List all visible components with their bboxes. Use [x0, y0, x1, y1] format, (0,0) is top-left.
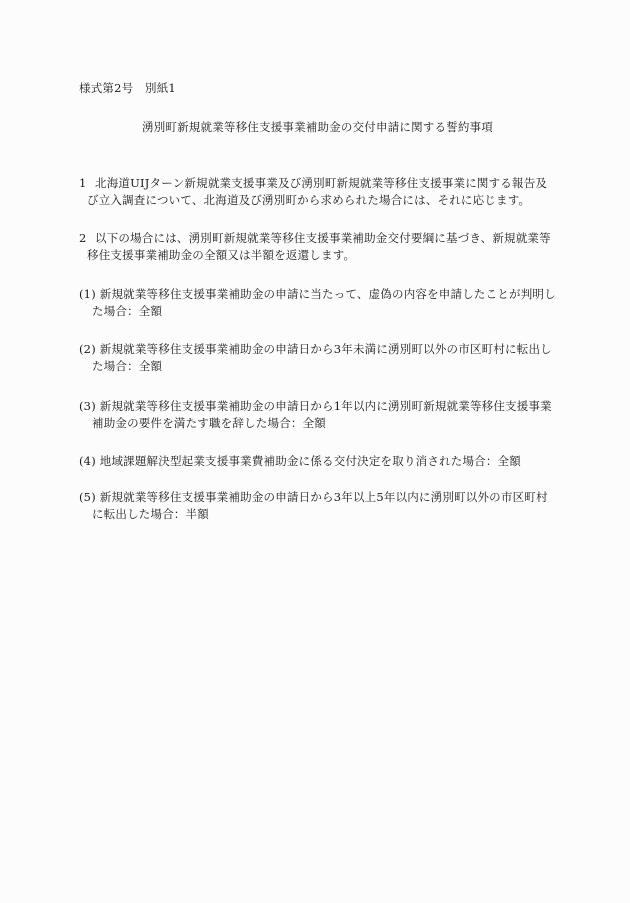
sub-item-line: (3) 新規就業等移住支援事業補助金の申請日から1年以内に湧別町新規就業等移住支… [79, 398, 552, 415]
sub-item-line: に転出した場合：半額 [92, 506, 209, 523]
paragraph-line: 以下の場合には、湧別町新規就業等移住支援事業補助金交付要綱に基づき、新規就業等 [95, 230, 551, 247]
sub-item-line: (1) 新規就業等移住支援事業補助金の申請に当たって、虚偽の内容を申請したことが… [79, 286, 556, 303]
sub-item-line: (4) 地域課題解決型起業支援事業費補助金に係る交付決定を取り消された場合：全額 [79, 453, 521, 470]
sub-item-line: た場合：全額 [92, 358, 162, 375]
paragraph-number: 2 [79, 230, 87, 247]
sub-item-line: た場合：全額 [92, 303, 162, 320]
document-page: 様式第2号 別紙1 湧別町新規就業等移住支援事業補助金の交付申請に関する誓約事項… [0, 0, 630, 903]
document-title: 湧別町新規就業等移住支援事業補助金の交付申請に関する誓約事項 [142, 119, 493, 136]
form-label: 様式第2号 別紙1 [79, 80, 176, 97]
sub-item-line: (5) 新規就業等移住支援事業補助金の申請日から3年以上5年以内に湧別町以外の市… [79, 489, 548, 506]
paragraph-line: 移住支援事業補助金の全額又は半額を返還します。 [87, 247, 355, 264]
paragraph-line: び立入調査について、北海道及び湧別町から求められた場合には、それに応じます。 [87, 192, 530, 209]
paragraph-number: 1 [79, 175, 87, 192]
sub-item-line: (2) 新規就業等移住支援事業補助金の申請日から3年未満に湧別町以外の市区町村に… [79, 341, 552, 358]
paragraph-line: 北海道UIJターン新規就業支援事業及び湧別町新規就業等移住支援事業に関する報告及 [95, 175, 547, 192]
sub-item-line: 補助金の要件を満たす職を辞した場合：全額 [92, 415, 326, 432]
